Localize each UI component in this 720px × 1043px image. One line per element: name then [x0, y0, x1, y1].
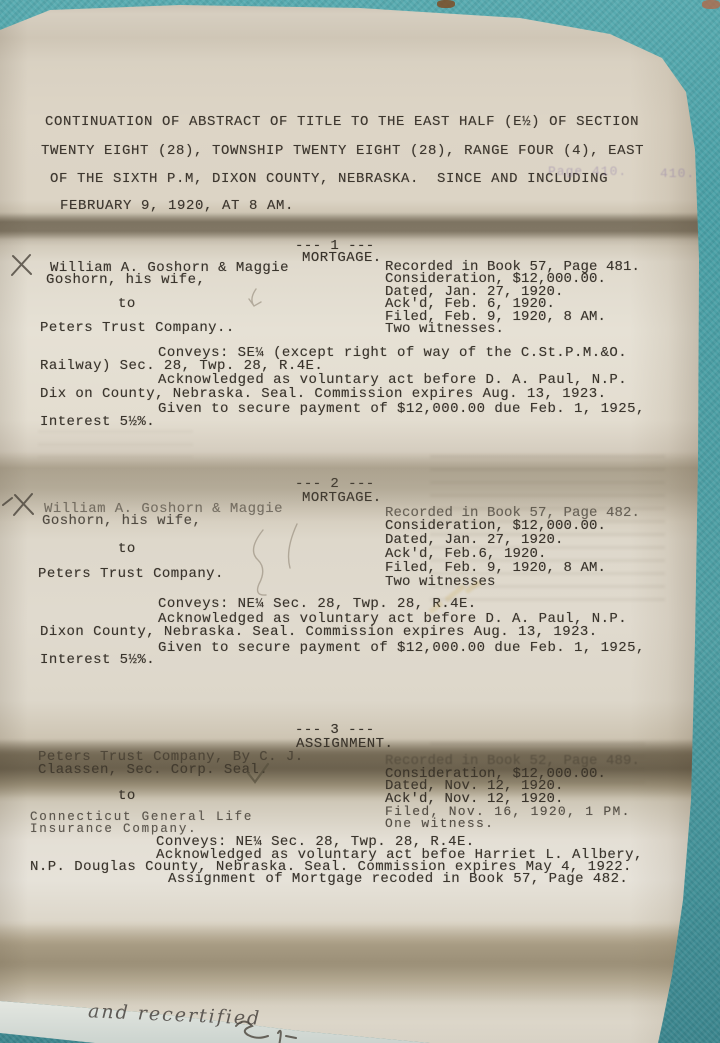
body-line: Dix on County, Nebraska. Seal. Commissio… [40, 386, 607, 402]
detail-line: One witness. [385, 816, 494, 831]
grantor-line: Goshorn, his wife, [42, 513, 201, 529]
grantee-line: Peters Trust Company. [38, 566, 224, 582]
ink-bleedthrough [38, 430, 193, 458]
to-label: to [118, 296, 136, 312]
title-line: TWENTY EIGHT (28), TOWNSHIP TWENTY EIGHT… [41, 143, 644, 159]
body-line: Interest 5½%. [40, 652, 155, 668]
entry-instrument: ASSIGNMENT. [296, 736, 393, 752]
to-label: to [118, 788, 136, 804]
entry-instrument: MORTGAGE. [302, 490, 382, 506]
entry-instrument: MORTGAGE. [302, 250, 382, 266]
grantor-line: Claassen, Sec. Corp. Seal. [38, 762, 268, 778]
detail-line: Two witnesses. [385, 321, 504, 337]
title-line: CONTINUATION OF ABSTRACT OF TITLE TO THE… [45, 114, 639, 130]
title-line: FEBRUARY 9, 1920, AT 8 AM. [60, 198, 294, 214]
grantor-line: Goshorn, his wife, [46, 272, 205, 288]
body-line: Conveys: NE¼ Sec. 28, Twp. 28, R.4E. [158, 596, 477, 612]
table-object [702, 0, 720, 9]
photo-of-abstract-document: CONTINUATION OF ABSTRACT OF TITLE TO THE… [0, 0, 720, 1043]
table-object [437, 0, 455, 8]
body-line: Interest 5½%. [40, 414, 155, 430]
body-line: Given to secure payment of $12,000.00 du… [158, 640, 645, 656]
body-line: Dixon County, Nebraska. Seal. Commission… [40, 624, 598, 640]
title-line: OF THE SIXTH P.M, DIXON COUNTY, NEBRASKA… [50, 171, 608, 187]
body-line: Assignment of Mortgage recoded in Book 5… [168, 871, 628, 887]
bleedthrough-text: Page 410. [548, 164, 627, 179]
to-label: to [118, 541, 136, 557]
bleedthrough-text: 410. [660, 166, 695, 181]
body-line: Given to secure payment of $12,000.00 du… [158, 401, 645, 417]
grantee-line: Peters Trust Company.. [40, 320, 235, 336]
detail-line: Two witnesses [385, 574, 496, 590]
